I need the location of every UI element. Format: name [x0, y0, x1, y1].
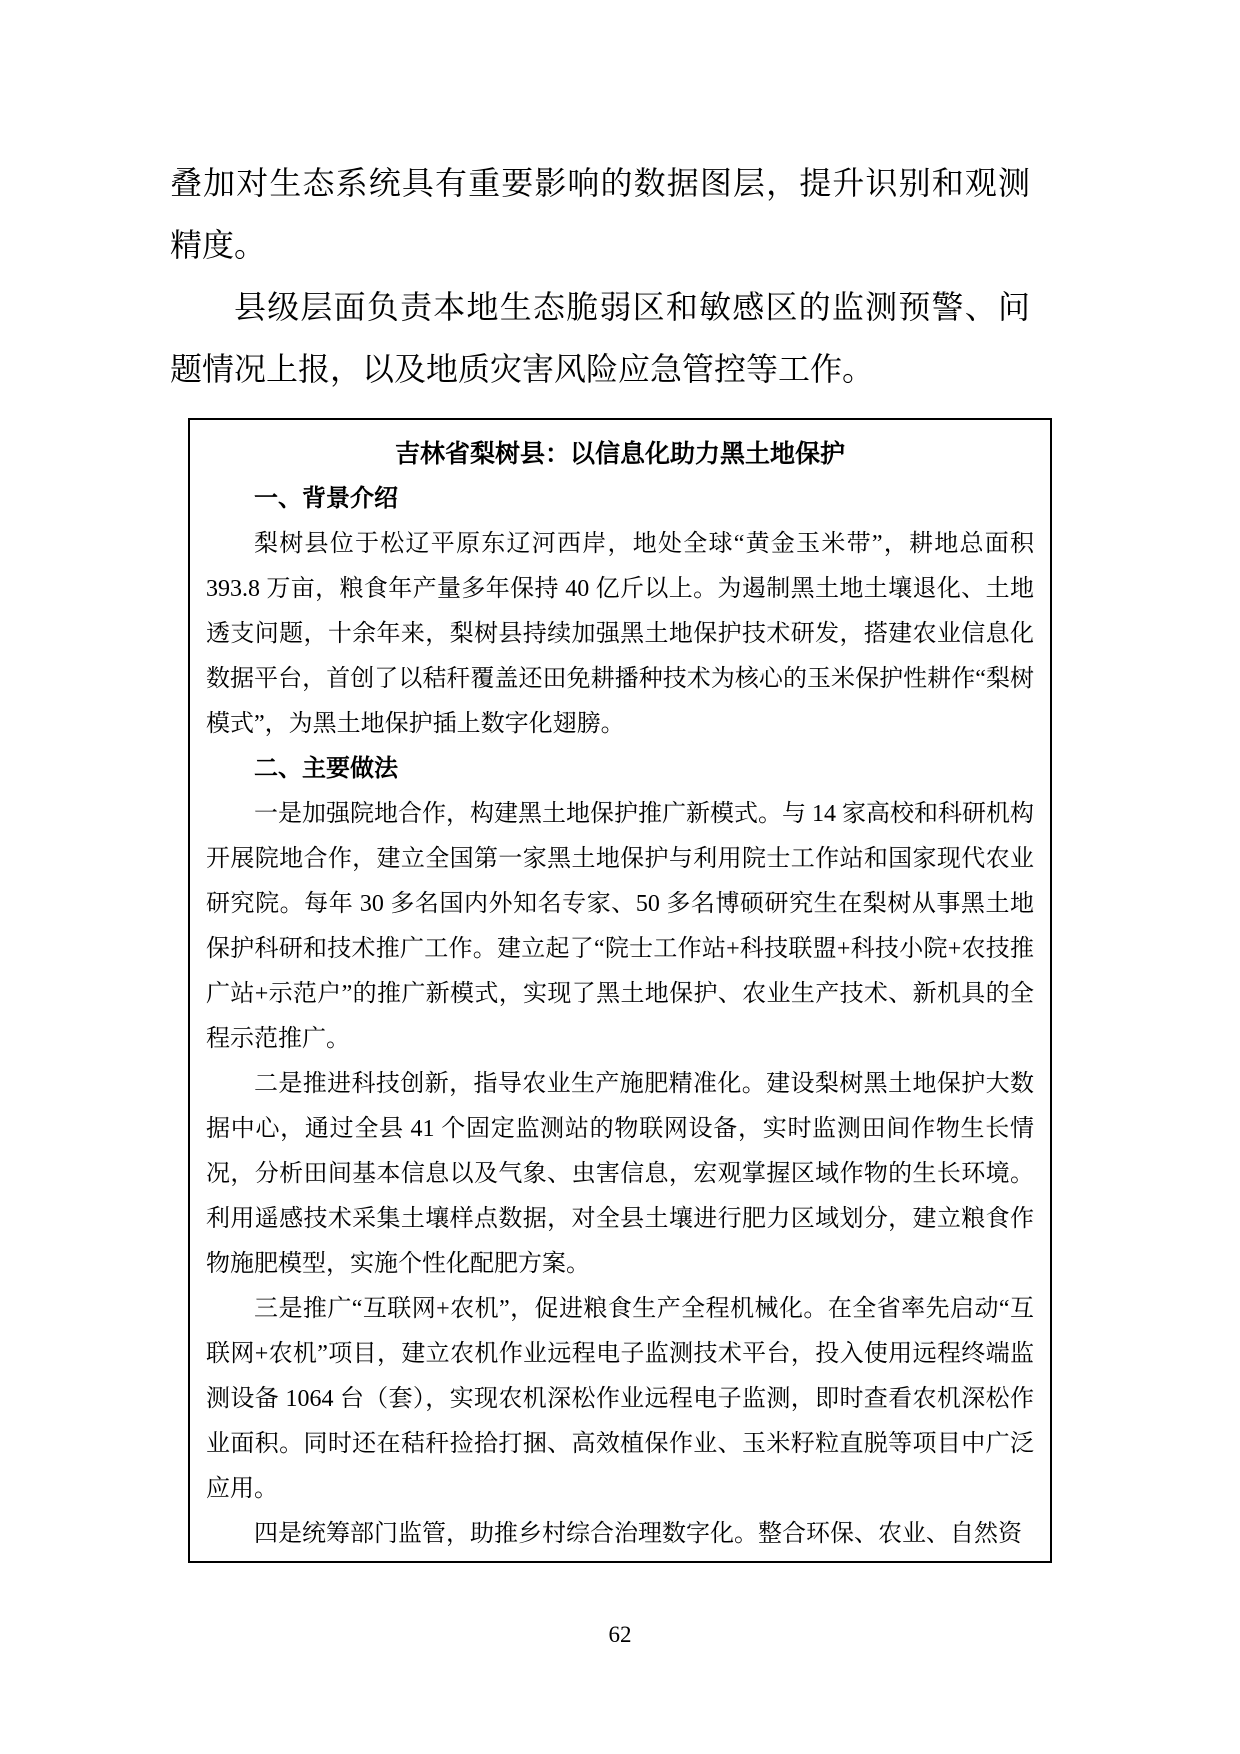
section-2-paragraph-1: 一是加强院地合作，构建黑土地保护推广新模式。与 14 家高校和科研机构开展院地合… — [206, 792, 1034, 1062]
section-2-heading: 二、主要做法 — [206, 747, 1034, 792]
case-study-title: 吉林省梨树县：以信息化助力黑土地保护 — [206, 432, 1034, 477]
intro-paragraph-1: 叠加对生态系统具有重要影响的数据图层，提升识别和观测精度。 — [170, 152, 1030, 276]
section-1-paragraph-1: 梨树县位于松辽平原东辽河西岸，地处全球“黄金玉米带”，耕地总面积 393.8 万… — [206, 522, 1034, 747]
section-2-paragraph-3: 三是推广“互联网+农机”，促进粮食生产全程机械化。在全省率先启动“互联网+农机”… — [206, 1287, 1034, 1512]
section-2-paragraph-4-truncated: 四是统筹部门监管，助推乡村综合治理数字化。整合环保、农业、自然资 — [206, 1512, 1034, 1557]
section-1-heading: 一、背景介绍 — [206, 477, 1034, 522]
section-2-paragraph-2: 二是推进科技创新，指导农业生产施肥精准化。建设梨树黑土地保护大数据中心，通过全县… — [206, 1062, 1034, 1287]
page-number: 62 — [0, 1620, 1240, 1650]
intro-paragraph-2: 县级层面负责本地生态脆弱区和敏感区的监测预警、问题情况上报，以及地质灾害风险应急… — [170, 276, 1030, 400]
document-page: 叠加对生态系统具有重要影响的数据图层，提升识别和观测精度。 县级层面负责本地生态… — [0, 0, 1240, 1754]
intro-text: 叠加对生态系统具有重要影响的数据图层，提升识别和观测精度。 县级层面负责本地生态… — [170, 152, 1030, 400]
case-study-box: 吉林省梨树县：以信息化助力黑土地保护 一、背景介绍 梨树县位于松辽平原东辽河西岸… — [188, 418, 1052, 1563]
